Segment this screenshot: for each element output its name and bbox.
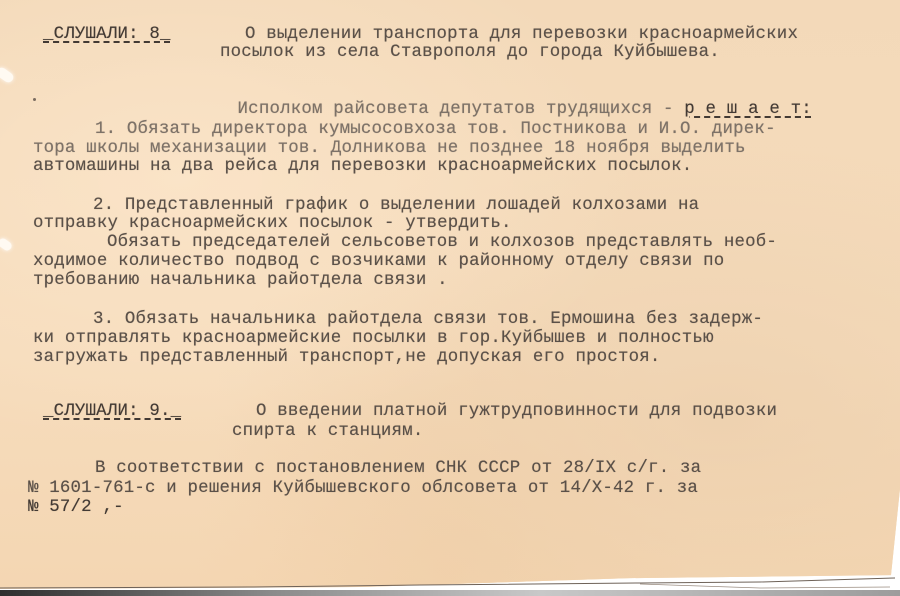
item9-subject-line-2: спирта к станциям. [232, 423, 423, 440]
point3-line-2: ки отправлять красноармейские посылки в … [33, 330, 714, 347]
ink-speck [33, 98, 36, 101]
scan-bottom-edge [0, 590, 900, 596]
item8-heading: _СЛУШАЛИ: 8_ [43, 26, 171, 43]
paper-damage-mark [0, 237, 13, 252]
point2-line-2: отправку красноармейских посылок - утвер… [33, 215, 512, 232]
point2-line-4: ходимое количество подвод с возчиками к … [33, 253, 724, 270]
item9-body-line-1: В соответствии с постановлением СНК СССР… [95, 460, 701, 477]
point3-line-1: 3. Обязать начальника райотдела связи то… [93, 311, 763, 328]
resolution-intro-text: Исполком райсовета депутатов трудящихся … [238, 100, 685, 119]
resolution-word: р е ш а е т: [684, 100, 812, 119]
item9-body-line-3: № 57/2 ,- [28, 499, 124, 516]
point3-line-3: загружать представленный транспорт,не до… [33, 349, 661, 366]
point2-line-1: 2. Представленный график о выделении лош… [93, 197, 699, 214]
paper-damage-mark [0, 66, 15, 85]
item9-heading: _СЛУШАЛИ: 9._ [43, 403, 181, 420]
point2-line-3: Обязать председателей сельсоветов и колх… [107, 234, 777, 251]
item8-subject-line-1: О выделении транспорта для перевозки кра… [245, 26, 798, 43]
item8-subject-line-2: посылок из села Ставрополя до города Куй… [220, 44, 720, 61]
point1-line-1: 1. Обязать директора кумысосовхоза тов. … [95, 121, 776, 138]
point2-line-5: требованию начальника райотдела связи . [33, 272, 448, 289]
item9-body-line-2: № 1601-761-с и решения Куйбышевского обл… [28, 480, 698, 497]
document-page: _СЛУШАЛИ: 8_ О выделении транспорта для … [0, 0, 900, 596]
point1-line-2: тора школы механизации тов. Долникова не… [33, 140, 746, 157]
point1-line-3: автомашины на два рейса для перевозки кр… [33, 158, 692, 175]
item9-subject-line-1: О введении платной гужтрудповинности для… [256, 403, 777, 420]
